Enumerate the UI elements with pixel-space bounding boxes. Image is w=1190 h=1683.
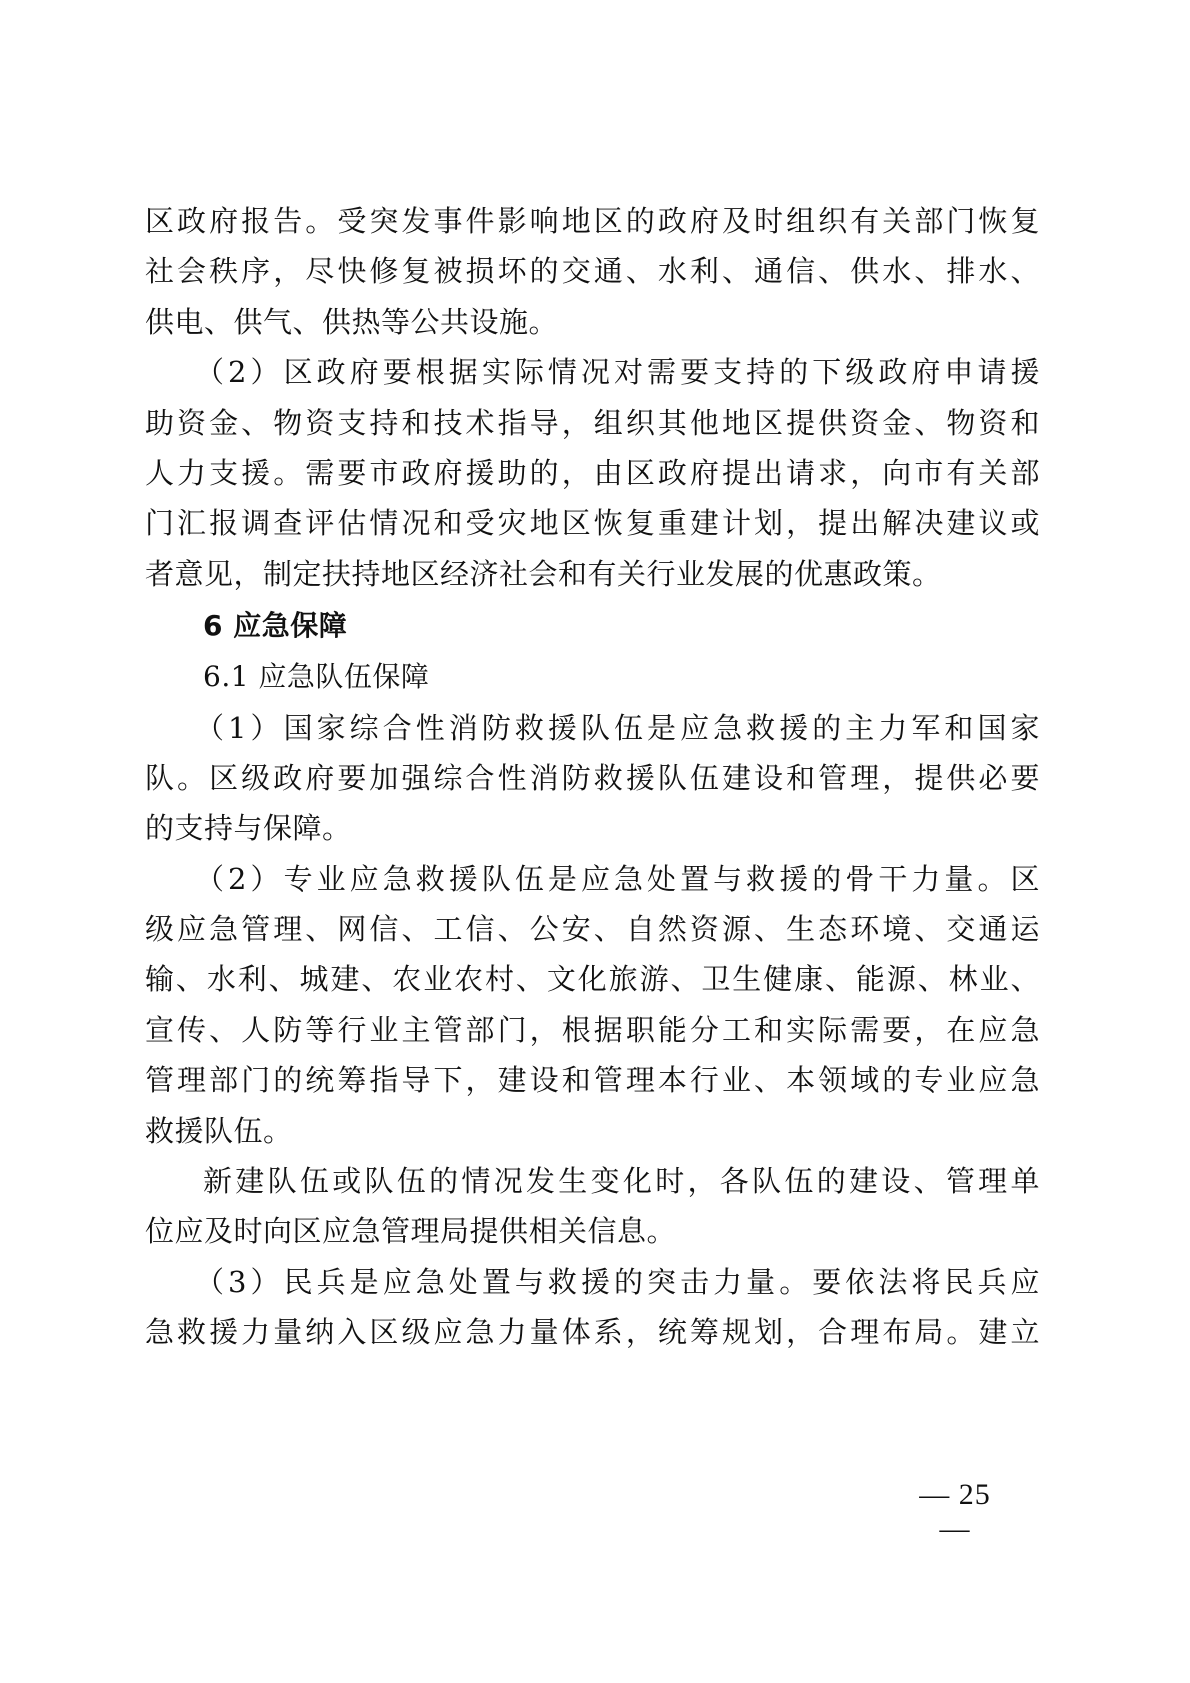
section-heading: 6 应急保障 xyxy=(145,599,1040,652)
text-line: 位应及时向区应急管理局提供相关信息。 xyxy=(145,1206,1040,1256)
text-line: 新建队伍或队伍的情况发生变化时，各队伍的建设、管理单 xyxy=(145,1156,1040,1206)
paragraph-new-teams: 新建队伍或队伍的情况发生变化时，各队伍的建设、管理单 位应及时向区应急管理局提供… xyxy=(145,1156,1040,1257)
text-line: 门汇报调查评估情况和受灾地区恢复重建计划，提出解决建议或 xyxy=(145,498,1040,548)
text-line: （1）国家综合性消防救援队伍是应急救援的主力军和国家 xyxy=(145,703,1040,753)
paragraph-fire-rescue: （1）国家综合性消防救援队伍是应急救援的主力军和国家 队。区级政府要加强综合性消… xyxy=(145,703,1040,854)
text-line: 的支持与保障。 xyxy=(145,803,1040,853)
page-number: — 25 — xyxy=(905,1478,1005,1546)
text-line: 队。区级政府要加强综合性消防救援队伍建设和管理，提供必要 xyxy=(145,753,1040,803)
paragraph-militia: （3）民兵是应急处置与救援的突击力量。要依法将民兵应 急救援力量纳入区级应急力量… xyxy=(145,1257,1040,1358)
text-line: 者意见，制定扶持地区经济社会和有关行业发展的优惠政策。 xyxy=(145,549,1040,599)
text-line: （2）专业应急救援队伍是应急处置与救援的骨干力量。区 xyxy=(145,854,1040,904)
document-page: 区政府报告。受突发事件影响地区的政府及时组织有关部门恢复 社会秩序，尽快修复被损… xyxy=(145,196,1040,1358)
text-line: 宣传、人防等行业主管部门，根据职能分工和实际需要，在应急 xyxy=(145,1005,1040,1055)
paragraph-professional-teams: （2）专业应急救援队伍是应急处置与救援的骨干力量。区 级应急管理、网信、工信、公… xyxy=(145,854,1040,1156)
text-line: （2）区政府要根据实际情况对需要支持的下级政府申请援 xyxy=(145,347,1040,397)
paragraph-recovery-support: （2）区政府要根据实际情况对需要支持的下级政府申请援 助资金、物资支持和技术指导… xyxy=(145,347,1040,599)
text-line: （3）民兵是应急处置与救援的突击力量。要依法将民兵应 xyxy=(145,1257,1040,1307)
text-line: 级应急管理、网信、工信、公安、自然资源、生态环境、交通运 xyxy=(145,904,1040,954)
text-line: 救援队伍。 xyxy=(145,1106,1040,1156)
text-line: 区政府报告。受突发事件影响地区的政府及时组织有关部门恢复 xyxy=(145,196,1040,246)
paragraph-continuation: 区政府报告。受突发事件影响地区的政府及时组织有关部门恢复 社会秩序，尽快修复被损… xyxy=(145,196,1040,347)
text-line: 管理部门的统筹指导下，建设和管理本行业、本领域的专业应急 xyxy=(145,1055,1040,1105)
text-line: 助资金、物资支持和技术指导，组织其他地区提供资金、物资和 xyxy=(145,398,1040,448)
subsection-heading: 6.1 应急队伍保障 xyxy=(145,652,1040,702)
text-line: 供电、供气、供热等公共设施。 xyxy=(145,297,1040,347)
text-line: 人力支援。需要市政府援助的，由区政府提出请求，向市有关部 xyxy=(145,448,1040,498)
text-line: 输、水利、城建、农业农村、文化旅游、卫生健康、能源、林业、 xyxy=(145,954,1040,1004)
text-line: 社会秩序，尽快修复被损坏的交通、水利、通信、供水、排水、 xyxy=(145,246,1040,296)
text-line: 急救援力量纳入区级应急力量体系，统筹规划，合理布局。建立 xyxy=(145,1307,1040,1357)
